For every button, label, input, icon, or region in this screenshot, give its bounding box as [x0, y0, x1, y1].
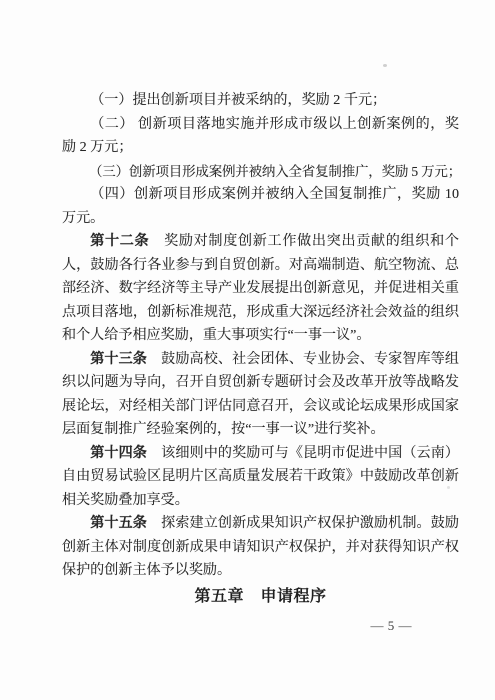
chapter-5-heading: 第五章 申请程序 [62, 585, 459, 609]
article-number: 第十五条 [90, 515, 147, 531]
clause-item-4: （四）创新项目形成案例并被纳入全国复制推广，奖励 10 万元。 [62, 183, 459, 230]
article-15-paragraph: 第十五条 探索建立创新成果知识产权保护激励机制。鼓励创新主体对制度创新成果申请知… [62, 512, 459, 583]
scanned-document-page: （一）提出创新项目并被采纳的，奖励 2 千元； （二） 创新项目落地实施并形成市… [0, 0, 495, 700]
paragraph-text: （二） 创新项目落地实施并形成市级以上创新案例的，奖励 2 万元； [62, 116, 459, 156]
article-number: 第十三条 [90, 351, 147, 367]
clause-item-3: （三）创新项目形成案例并被纳入全省复制推广，奖励 5 万元； [62, 160, 459, 184]
paragraph-text: 奖励对制度创新工作做出突出贡献的组织和个人，鼓励各行各业参与到自贸创新。对高端制… [62, 233, 459, 343]
clause-item-1: （一）提出创新项目并被采纳的，奖励 2 千元； [62, 89, 459, 113]
document-body: （一）提出创新项目并被采纳的，奖励 2 千元； （二） 创新项目落地实施并形成市… [0, 0, 495, 634]
article-number: 第十四条 [90, 445, 147, 461]
article-number: 第十二条 [90, 233, 149, 249]
paragraph-text: （三）创新项目形成案例并被纳入全省复制推广，奖励 5 万元； [89, 164, 461, 179]
scan-speckle [447, 486, 450, 489]
paragraph-text: （四）创新项目形成案例并被纳入全国复制推广，奖励 10 万元。 [62, 186, 459, 226]
scan-speckle [383, 64, 387, 67]
article-13-paragraph: 第十三条 鼓励高校、社会团体、专业协会、专家智库等组织以问题为导向，召开自贸创新… [62, 348, 459, 442]
article-14-paragraph: 第十四条 该细则中的奖励可与《昆明市促进中国（云南）自由贸易试验区昆明片区高质量… [62, 442, 459, 513]
page-number: — 5 — [62, 618, 459, 634]
article-12-paragraph: 第十二条 奖励对制度创新工作做出突出贡献的组织和个人，鼓励各行各业参与到自贸创新… [62, 230, 459, 348]
clause-item-2: （二） 创新项目落地实施并形成市级以上创新案例的，奖励 2 万元； [62, 113, 459, 160]
paragraph-text: （一）提出创新项目并被采纳的，奖励 2 千元； [90, 92, 386, 108]
